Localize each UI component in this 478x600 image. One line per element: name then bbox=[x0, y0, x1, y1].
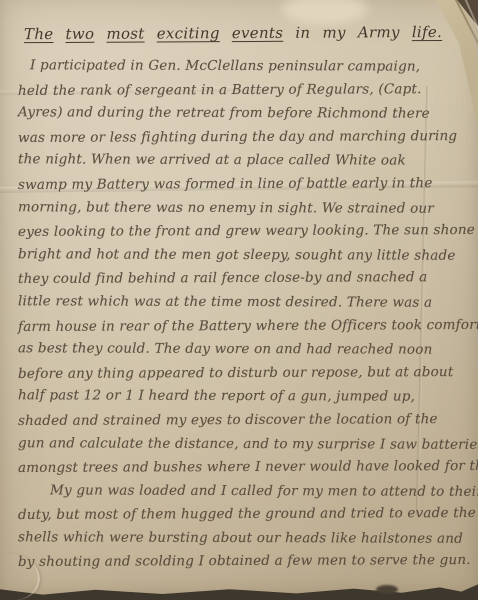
handwritten-text: The two most exciting events in my Army … bbox=[18, 20, 466, 574]
title-word: two bbox=[65, 25, 94, 43]
letter-line: was more or less fighting during the day… bbox=[18, 125, 466, 151]
letter-line: morning, but there was no enemy in sight… bbox=[18, 196, 466, 221]
letter-line: shaded and strained my eyes to discover … bbox=[18, 408, 466, 434]
letter-line: as best they could. The day wore on and … bbox=[18, 337, 466, 362]
title-word: The bbox=[24, 25, 54, 43]
letter-line: half past 12 or 1 I heard the report of … bbox=[18, 385, 466, 410]
letter-line: I participated in Gen. McClellans penins… bbox=[18, 54, 466, 79]
letter-line: the night. When we arrived at a place ca… bbox=[18, 149, 466, 174]
letter-line: by shouting and scolding I obtained a fe… bbox=[18, 549, 466, 575]
letter-line: Ayres) and during the retreat from befor… bbox=[18, 101, 466, 126]
letter-photo: The two most exciting events in my Army … bbox=[0, 0, 478, 600]
bottom-edge-tear bbox=[376, 585, 398, 594]
letter-line: held the rank of sergeant in a Battery o… bbox=[18, 78, 466, 104]
letter-line: duty, but most of them hugged the ground… bbox=[18, 502, 466, 528]
letter-line: My gun was loaded and I called for my me… bbox=[18, 479, 466, 504]
letter-line: farm house in rear of the Battery where … bbox=[18, 314, 466, 340]
letter-line: before any thing appeared to disturb our… bbox=[18, 361, 466, 387]
title-word: exciting bbox=[157, 24, 220, 42]
title-word: Army bbox=[358, 23, 400, 41]
title-word: most bbox=[106, 25, 144, 43]
title-word: life. bbox=[412, 23, 442, 41]
letter-line: bright and hot and the men got sleepy, s… bbox=[18, 243, 466, 268]
letter-line: amongst trees and bushes where I never w… bbox=[18, 455, 466, 481]
letter-line: swamp my Battery was formed in line of b… bbox=[18, 172, 466, 198]
letter-line: they could find behind a rail fence clos… bbox=[18, 266, 466, 292]
letter-title: The two most exciting events in my Army … bbox=[24, 19, 466, 47]
letter-line: little rest which was at the time most d… bbox=[18, 290, 466, 315]
title-word: my bbox=[322, 23, 345, 41]
letter-line: gun and calculate the distance, and to m… bbox=[18, 432, 466, 457]
letter-line: eyes looking to the front and grew weary… bbox=[18, 219, 466, 245]
letter-line: shells which were bursting about our hea… bbox=[18, 526, 466, 551]
title-word: in bbox=[295, 24, 310, 42]
title-word: events bbox=[232, 24, 284, 42]
